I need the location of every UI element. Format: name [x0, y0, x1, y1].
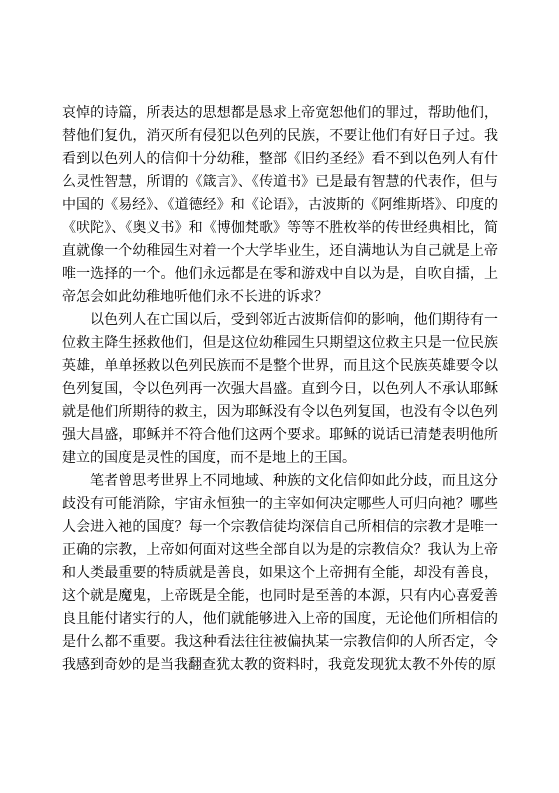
- body-paragraph-3: 笔者曾思考世界上不同地域、种族的文化信仰如此分歧，而且这分歧没有可能消除，宇宙永…: [62, 470, 498, 677]
- body-paragraph-2: 以色列人在亡国以后，受到邻近古波斯信仰的影响，他们期待有一位救主降生拯救他们，但…: [62, 309, 498, 470]
- document-page: 哀悼的诗篇，所表达的思想都是恳求上帝宽恕他们的罪过，帮助他们，替他们复仇，消灭所…: [0, 0, 559, 793]
- document-text-block: 哀悼的诗篇，所表达的思想都是恳求上帝宽恕他们的罪过，帮助他们，替他们复仇，消灭所…: [62, 102, 498, 677]
- body-paragraph-1: 哀悼的诗篇，所表达的思想都是恳求上帝宽恕他们的罪过，帮助他们，替他们复仇，消灭所…: [62, 102, 498, 309]
